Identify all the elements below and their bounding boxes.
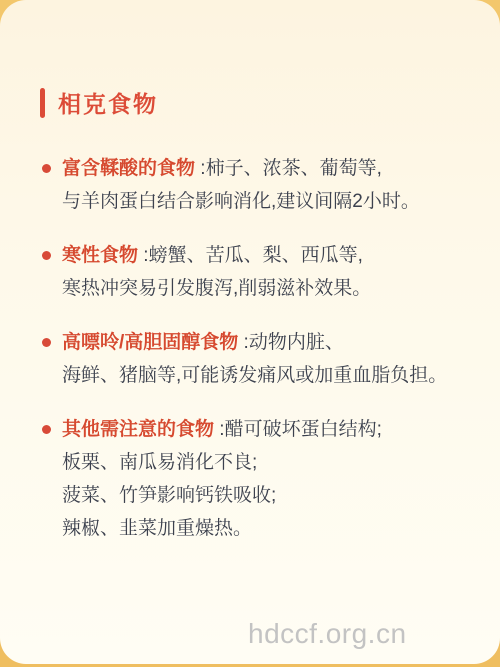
- item-text: :醋可破坏蛋白结构;: [214, 419, 382, 440]
- item-text: :柿子、浓茶、葡萄等,: [195, 158, 382, 179]
- watermark: hdccf.org.cn: [248, 618, 407, 650]
- list-item-other-foods: 其他需注意的食物 :醋可破坏蛋白结构; 板栗、南瓜易消化不良; 菠菜、竹笋影响钙…: [40, 413, 472, 545]
- bullet-dot-icon: [42, 338, 51, 347]
- food-list: 富含鞣酸的食物 :柿子、浓茶、葡萄等, 与羊肉蛋白结合影响消化,建议间隔2小时。…: [40, 152, 472, 566]
- page-title: 相克食物: [58, 86, 158, 119]
- item-text-line: 板栗、南瓜易消化不良;: [62, 446, 472, 479]
- item-text: :螃蟹、苦瓜、梨、西瓜等,: [138, 245, 363, 266]
- list-item-purine-foods: 高嘌呤/高胆固醇食物 :动物内脏、 海鲜、猪脑等,可能诱发痛风或加重血脂负担。: [40, 326, 472, 392]
- item-text: :动物内脏、: [238, 332, 344, 353]
- item-lead: 寒性食物: [62, 245, 138, 266]
- title-accent-bar: [40, 88, 45, 118]
- item-text-line: 海鲜、猪脑等,可能诱发痛风或加重血脂负担。: [62, 359, 472, 392]
- item-lead: 其他需注意的食物: [62, 419, 214, 440]
- list-item-cold-foods: 寒性食物 :螃蟹、苦瓜、梨、西瓜等, 寒热冲突易引发腹泻,削弱滋补效果。: [40, 239, 472, 305]
- section-header: 相克食物: [40, 86, 158, 119]
- item-text-line: 菠菜、竹笋影响钙铁吸收;: [62, 479, 472, 512]
- item-lead: 富含鞣酸的食物: [62, 158, 195, 179]
- item-text-line: 与羊肉蛋白结合影响消化,建议间隔2小时。: [62, 185, 472, 218]
- bullet-dot-icon: [42, 425, 51, 434]
- list-item-tannin-foods: 富含鞣酸的食物 :柿子、浓茶、葡萄等, 与羊肉蛋白结合影响消化,建议间隔2小时。: [40, 152, 472, 218]
- item-lead: 高嘌呤/高胆固醇食物: [62, 332, 238, 353]
- bullet-dot-icon: [42, 164, 51, 173]
- bullet-dot-icon: [42, 251, 51, 260]
- item-text-line: 寒热冲突易引发腹泻,削弱滋补效果。: [62, 272, 472, 305]
- content-card: 相克食物 富含鞣酸的食物 :柿子、浓茶、葡萄等, 与羊肉蛋白结合影响消化,建议间…: [0, 0, 500, 664]
- item-text-line: 辣椒、韭菜加重燥热。: [62, 512, 472, 545]
